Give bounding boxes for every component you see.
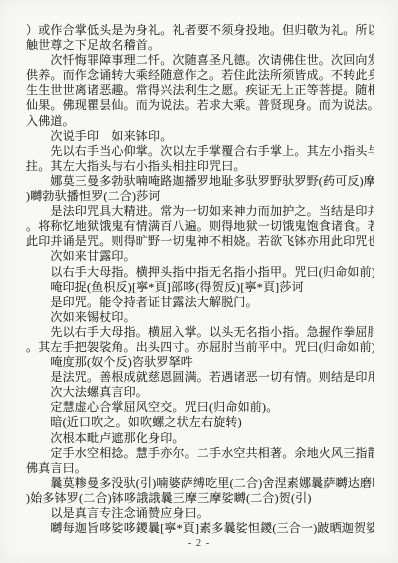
text-line: 唵度那(奴个反)咨驮罗拏吽 (26, 355, 374, 370)
text-line: 佛真言曰。 (26, 461, 374, 476)
text-line: 次大法螺真言印。 (26, 385, 374, 400)
text-line: 拄。其左大指头与右小指头相拄印咒曰。 (26, 159, 374, 174)
text-line: 次忏悔罪障事理二忏。次随喜圣凡德。次请佛住世。次回向发愿然后广陈 (26, 53, 374, 68)
text-line: 定手水空相捻。慧手亦尔。二手水空共相著。余地火风三指散竖。释迦文 (26, 446, 374, 461)
text-line: 。其左手把袈裟角。出头四寸。亦屈肘当前平中。咒曰(归命如前)。 (26, 340, 374, 355)
document-page: ）或作合掌低头是为身礼。礼者要不须身投地。但归敬为礼。所以稽吾上头。而 触世尊之… (0, 0, 398, 563)
text-line: 触世尊之下足故名稽首。 (26, 38, 374, 53)
text-line: 是法咒。善根成就慈恩圆满。若遇诸恶一切有情。则结是印用拥护身。 (26, 370, 374, 385)
text-line: 次根本毗卢遮那化身印。 (26, 431, 374, 446)
text-line: 供养。而作念诵转大乘经随意作之。若住此法所须皆成。不转此身见佛色身。 (26, 68, 374, 83)
text-line: 定慧虚心合掌屈风空交。咒曰(归命如前)。 (26, 400, 374, 415)
text-line: )始多钵罗(二合)钵哆誐誐曩三摩三摩娑嚩(二合)贺(引) (26, 491, 374, 506)
text-line: 娜莫三曼多勃驮喃唵路迦播罗地耻多驮罗野驮罗野(药可反)摩诃那賖(引 (26, 174, 374, 189)
text-line: 次如来锡杖印。 (26, 310, 374, 325)
text-line: 入佛道。 (26, 114, 374, 129)
text-line: 次如来甘露印。 (26, 249, 374, 264)
text-block: ）或作合掌低头是为身礼。礼者要不须身投地。但归敬为礼。所以稽吾上头。而 触世尊之… (26, 23, 374, 536)
text-line: )嚩勃驮播怛罗(二合)莎诃 (26, 189, 374, 204)
text-line: 。将称忆地狱饿鬼有情满百八遍。则得地狱一切饿鬼饱食诸食。若旷野行亦结 (26, 219, 374, 234)
text-line: 次说手印 如来钵印。 (26, 129, 374, 144)
text-line: 唵印捉(鱼枳反)[寧*頁]部哆(得贺反)[寧*頁]莎诃 (26, 280, 374, 295)
text-line: 仙果。佛现瞿昙仙。而为说法。若求大乘。普贤现身。而为说法。渐渐诱彼令 (26, 98, 374, 113)
text-line: ）或作合掌低头是为身礼。礼者要不须身投地。但归敬为礼。所以稽吾上头。而 (26, 23, 374, 38)
text-line: 是法印咒具大精进。常为一切如来神力而加护之。当结是印并诵此咒一遍 (26, 204, 374, 219)
text-line: 生生世世离诸恶趣。常得兴法利生之愿。疾证无上正等菩提。随根得成。若求 (26, 83, 374, 98)
text-line: 此印并诵是咒。则得旷野一切鬼神不相娆。若欲飞钵亦用此印咒也。 (26, 234, 374, 249)
text-line: 是印咒。能令持者证甘露法大解脱门。 (26, 295, 374, 310)
page-number: - 2 - (0, 538, 398, 549)
text-line: 以右手大母指。横押头指中指无名指小指甲。咒曰(归命如前)。 (26, 265, 374, 280)
text-line: 曩莫糁曼多没驮(引)喃婆萨缚吃里(二合)舍涅素娜曩萨嚩达磨嚩(无钵反 (26, 476, 374, 491)
text-line: 暗(近口吹之。如吹螺之状左右旋转) (26, 415, 374, 430)
text-line: 先以右手当心仰掌。次以左手掌覆合右手掌上。其左小指头与右大指头相 (26, 144, 374, 159)
text-line: 嚩每迦旨哆娑哆鑁曩[寧*頁]素多曩娑怛鑁(三合一)跛晒迦贺娑多(二合)鼻 (26, 521, 374, 536)
text-line: 先以右手大母指。横屈入掌。以头无名指小指。急握作拳屈肘掌当前平申 (26, 325, 374, 340)
text-line: 以是真言专注念诵赞应身曰。 (26, 506, 374, 521)
